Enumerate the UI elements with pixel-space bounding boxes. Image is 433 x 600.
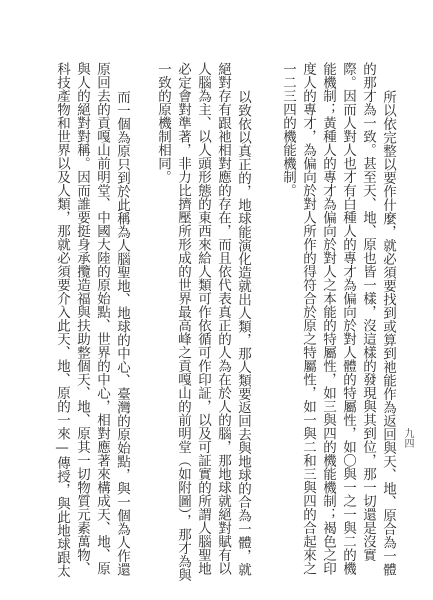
text-column: 原回去的貢嘎山前明堂、中國大陸的原始點、世界的中心，相對應著來構成天、地、原 bbox=[93, 62, 109, 575]
text-column: 以致依以真正的，地球能演化造就出人類，那人類要返回去與地球的合為一體，就 bbox=[234, 90, 250, 576]
text-column: 所以依完整以要作什麼，就必須要找到或算到祂能作為返回與天、地、原合為一體 bbox=[379, 90, 395, 576]
text-column: 度人的專才，為偏向於對人所作的得符合於原之特屬性，如一與二和三與四的合起來之 bbox=[299, 62, 315, 575]
text-column: 必定會對準著，非力比擠壓所形成的世界最高峰之貢嘎山的前明堂（如附圖），那才為與 bbox=[174, 62, 190, 582]
page-number: 九四 bbox=[401, 428, 413, 448]
text-column: 能機制；黃種人的專才為偏向於對人之本能的特屬性，如三與四的機能機制；褐色之印 bbox=[319, 62, 335, 575]
text-column: 的那才為一致。甚至天、地、原也皆一樣，沒這樣的發現與其到位，那一切還是沒實 bbox=[359, 62, 375, 562]
text-column: 一致的原機制相同。 bbox=[154, 62, 170, 184]
text-column: 際。因而人對人也才有白種人的專才為偏向於對人體的特屬性，如〇與一之一與二的機 bbox=[339, 62, 355, 575]
text-column: 一二三四的機能機制。 bbox=[279, 62, 295, 197]
text-column: 絕對存有跟祂相對應的存在，而且依代表真正的人為在於人的腦，那地球就絕對賦有以 bbox=[214, 62, 230, 575]
text-column: 科技產物和世界以及人類，那就必須要介入此天、地、原的一來—傳授，與此地球跟太 bbox=[53, 62, 69, 578]
text-column: 人腦為主、以人頭形態的東西來給人類可作依循可作印証，以及可証實的所謂人腦聖地 bbox=[194, 62, 210, 575]
text-column: 而一個為原只到於此稱為人腦聖地、地球的中心、臺灣的原始點，與一個為人作還 bbox=[113, 90, 129, 576]
text-column: 與人的絕對對稱。因而誰要挺身承攬造福與扶助整個天、地、原其一切物質元素萬物、 bbox=[73, 62, 89, 575]
